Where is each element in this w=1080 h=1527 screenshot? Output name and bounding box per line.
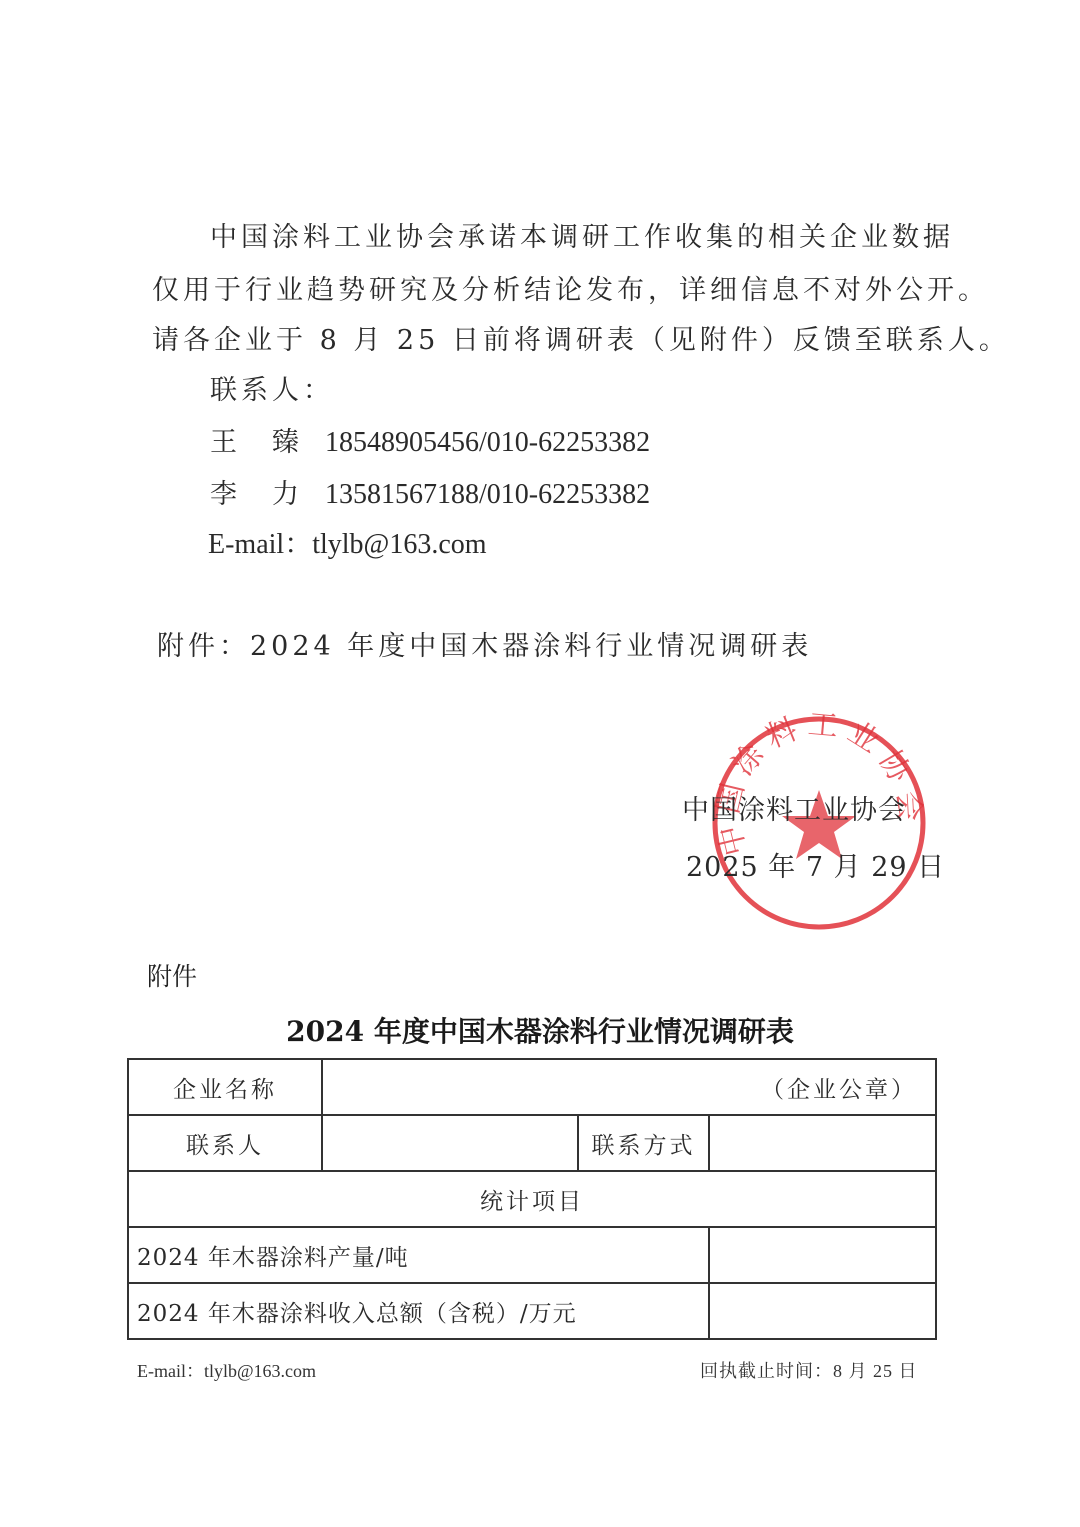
form-title: 2024 年度中国木器涂料行业情况调研表 [0, 1010, 1080, 1050]
contact-row: 李 力13581567188/010-62253382 [210, 472, 650, 511]
contact-name: 王 臻 [210, 420, 325, 459]
stat-item-label: 2024 年木器涂料产量/吨 [128, 1227, 709, 1283]
table-row: 企业名称 （企业公章） [128, 1059, 936, 1115]
company-name-label: 企业名称 [128, 1059, 322, 1115]
contact-person-label: 联系人 [128, 1115, 322, 1171]
contact-method-label: 联系方式 [578, 1115, 709, 1171]
contact-phone: 18548905456/010-62253382 [325, 427, 650, 458]
contact-method-field[interactable] [709, 1115, 936, 1171]
stats-header: 统计项目 [128, 1171, 936, 1227]
company-stamp-note: （企业公章） [761, 1077, 917, 1103]
table-row: 联系人 联系方式 [128, 1115, 936, 1171]
annex-label: 附件 [147, 957, 197, 993]
stat-item-value[interactable] [709, 1227, 936, 1283]
stat-item-label: 2024 年木器涂料收入总额（含税）/万元 [128, 1283, 709, 1339]
attachment-line: 附件：2024 年度中国木器涂料行业情况调研表 [157, 624, 812, 663]
paragraph-line-2: 仅用于行业趋势研究及分析结论发布，详细信息不对外公开。 [152, 268, 989, 307]
contact-email: E-mail：tlylb@163.com [208, 522, 487, 562]
table-row: 统计项目 [128, 1171, 936, 1227]
table-row: 2024 年木器涂料收入总额（含税）/万元 [128, 1283, 936, 1339]
paragraph-line-1: 中国涂料工业协会承诺本调研工作收集的相关企业数据 [210, 215, 954, 254]
contact-row: 王 臻18548905456/010-62253382 [210, 420, 650, 459]
paragraph-line-3: 请各企业于 8 月 25 日前将调研表（见附件）反馈至联系人。 [152, 318, 1010, 357]
table-row: 2024 年木器涂料产量/吨 [128, 1227, 936, 1283]
footer-email: E-mail：tlylb@163.com [137, 1357, 316, 1383]
company-name-field[interactable]: （企业公章） [322, 1059, 936, 1115]
signature-org: 中国涂料工业协会 [682, 788, 906, 827]
contacts-label: 联系人： [210, 368, 334, 407]
contact-phone: 13581567188/010-62253382 [325, 479, 650, 510]
contact-person-field[interactable] [322, 1115, 578, 1171]
survey-table: 企业名称 （企业公章） 联系人 联系方式 统计项目 2024 年木器涂料产量/吨… [127, 1058, 937, 1340]
stat-item-value[interactable] [709, 1283, 936, 1339]
footer-deadline: 回执截止时间：8 月 25 日 [700, 1357, 918, 1383]
signature-date: 2025 年 7 月 29 日 [686, 845, 945, 884]
contact-name: 李 力 [210, 472, 325, 511]
